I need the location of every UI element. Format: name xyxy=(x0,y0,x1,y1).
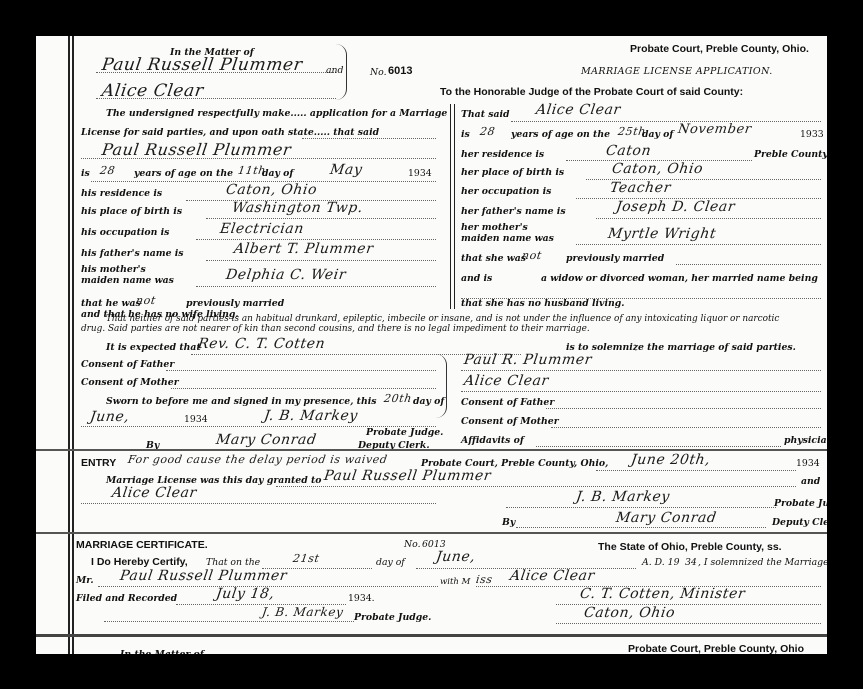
bride-father: Joseph D. Clear xyxy=(615,199,736,215)
groom-age-label: is xyxy=(81,168,90,179)
groom-mother-label-2: maiden name was xyxy=(81,275,174,286)
entry-clerk-signature: Mary Conrad xyxy=(615,510,718,526)
certificate-judge-signature: J. B. Markey xyxy=(261,605,344,619)
section-divider xyxy=(36,449,827,451)
certificate-ad-label: A. D. 19 xyxy=(642,557,680,568)
entry-judge-signature: J. B. Markey xyxy=(575,489,671,505)
officiant-name: Rev. C. T. Cotten xyxy=(197,336,326,352)
filed-date: July 18, xyxy=(215,586,276,602)
sworn-month: June, xyxy=(89,409,131,425)
bride-age-label: is xyxy=(461,129,470,140)
certificate-day: 21st xyxy=(292,552,320,565)
sworn-year: 1934 xyxy=(184,414,208,425)
section-divider xyxy=(36,634,827,637)
bride-residence: Caton xyxy=(605,143,652,159)
entry-probate-judge-label: Probate Judge. xyxy=(774,498,827,509)
sworn-day-label: day of xyxy=(413,396,444,407)
judge-signature: J. B. Markey xyxy=(263,408,359,424)
bride-prev-married-label: that she was xyxy=(461,253,526,264)
groom-occupation-label: his occupation is xyxy=(81,227,169,238)
groom-birthplace: Washington Twp. xyxy=(231,200,364,216)
filed-recorded-label: Filed and Recorded xyxy=(76,593,177,604)
bride-age: 28 xyxy=(479,125,496,138)
clerk-signature: Mary Conrad xyxy=(215,432,318,448)
minister-signature: C. T. Cotten, Minister xyxy=(579,586,746,602)
certify-label: I Do Hereby Certify, xyxy=(91,556,188,568)
groom-residence-label: his residence is xyxy=(81,188,162,199)
entry-by-label: By xyxy=(502,517,515,528)
declaration-line-1: That neither of said parties is an habit… xyxy=(106,314,779,324)
groom-birth-month: May xyxy=(329,162,364,178)
certificate-year: 34 xyxy=(685,557,697,568)
certificate-state: The State of Ohio, Preble County, ss. xyxy=(598,541,782,553)
entry-note: For good cause the delay period is waive… xyxy=(127,453,388,466)
to-judge-heading: To the Honorable Judge of the Probate Co… xyxy=(440,86,743,98)
bride-birthplace-label: her place of birth is xyxy=(461,167,564,178)
column-divider xyxy=(454,104,455,309)
sworn-day: 20th xyxy=(383,392,413,405)
brace xyxy=(336,44,347,100)
next-court-heading: Probate Court, Preble County, Ohio xyxy=(628,643,804,654)
right-consent-father-label: Consent of Father xyxy=(461,397,554,408)
groom-prev-married: not xyxy=(135,294,157,307)
groom-occupation: Electrician xyxy=(219,221,305,237)
certificate-title: MARRIAGE CERTIFICATE. xyxy=(76,539,208,551)
bride-mother: Myrtle Wright xyxy=(607,226,717,242)
consent-mother-label: Consent of Mother xyxy=(81,377,179,388)
groom-father-label: his father's name is xyxy=(81,248,184,259)
certificate-with-label: with M xyxy=(440,577,470,587)
groom-age: 28 xyxy=(99,164,116,177)
bride-prev-married: not xyxy=(521,249,543,262)
bride-age-text: years of age on the xyxy=(511,129,610,140)
bride-occupation-label: her occupation is xyxy=(461,186,551,197)
groom-name-heading: Paul Russell Plummer xyxy=(101,55,304,75)
consent-father-label: Consent of Father xyxy=(81,359,174,370)
bride-name-heading: Alice Clear xyxy=(101,81,205,101)
bride-residence-label: her residence is xyxy=(461,149,544,160)
groom-year: 1934 xyxy=(408,168,432,179)
applicant-signature-bride: Alice Clear xyxy=(463,373,550,389)
probate-judge-label: Probate Judge. xyxy=(366,427,443,438)
bride-occupation: Teacher xyxy=(609,180,672,196)
applicant-signature-groom: Paul R. Plummer xyxy=(463,352,593,368)
section-divider xyxy=(36,532,827,534)
affidavits-label: Affidavits of xyxy=(461,435,524,446)
bride-prev-married-text: previously married xyxy=(566,253,664,264)
certificate-number-label: No. xyxy=(404,539,421,550)
bride-residence-suffix: Preble County, O. xyxy=(754,149,827,160)
groom-name: Paul Russell Plummer xyxy=(101,140,293,159)
officiant-suffix: is to solemnize the marriage of said par… xyxy=(566,342,796,353)
entry-and-label: and xyxy=(801,476,820,487)
intro-line-2: License for said parties, and upon oath … xyxy=(81,127,379,138)
application-number: 6013 xyxy=(388,65,412,77)
bride-widow-text: a widow or divorced woman, her married n… xyxy=(541,273,818,284)
groom-mother-label: his mother's xyxy=(81,264,146,275)
officiant-label: It is expected that xyxy=(106,342,201,353)
brace xyxy=(436,354,447,418)
entry-groom: Paul Russell Plummer xyxy=(323,468,492,484)
certificate-day-label: day of xyxy=(376,557,405,568)
next-matter-label: In the Matter of xyxy=(120,649,204,654)
sworn-label: Sworn to before me and signed in my pres… xyxy=(106,396,377,407)
entry-date: June 20th, xyxy=(630,452,712,468)
form-title: MARRIAGE LICENSE APPLICATION. xyxy=(581,66,773,77)
groom-day-label: day of xyxy=(262,168,293,179)
certificate-probate-judge-label: Probate Judge. xyxy=(354,612,431,623)
entry-label: ENTRY xyxy=(81,457,116,469)
bride-day-label: day of xyxy=(642,129,673,140)
bride-father-label: her father's name is xyxy=(461,206,566,217)
declaration-line-2: drug. Said parties are not nearer of kin… xyxy=(81,324,590,334)
groom-birthplace-label: his place of birth is xyxy=(81,206,182,217)
certificate-groom: Paul Russell Plummer xyxy=(119,568,288,584)
entry-year: 1934 xyxy=(796,458,820,469)
margin-rule xyxy=(72,36,74,654)
certificate-bride: Alice Clear xyxy=(509,568,596,584)
court-heading: Probate Court, Preble County, Ohio. xyxy=(630,43,809,55)
bride-birthplace: Caton, Ohio xyxy=(611,161,704,177)
bride-mother-label-2: maiden name was xyxy=(461,233,554,244)
marriage-record-page: In the Matter of Paul Russell Plummer an… xyxy=(36,36,827,654)
groom-father: Albert T. Plummer xyxy=(233,241,375,257)
entry-bride: Alice Clear xyxy=(111,485,198,501)
entry-deputy-clerk-label: Deputy Clerk. xyxy=(772,517,827,528)
intro-line-1: The undersigned respectfully make..... a… xyxy=(106,108,447,119)
column-divider xyxy=(450,104,451,309)
physician-label: physician. xyxy=(784,435,827,446)
bride-year: 1933 xyxy=(800,129,824,140)
certificate-that-on: That on the xyxy=(206,557,260,568)
bride-widow-label: and is xyxy=(461,273,492,284)
certificate-bride-prefix: iss xyxy=(475,573,493,586)
bride-birth-month: November xyxy=(677,122,753,137)
number-label: No. xyxy=(370,67,387,78)
certificate-month: June, xyxy=(435,549,477,565)
certificate-mr-label: Mr. xyxy=(76,575,94,586)
minister-location: Caton, Ohio xyxy=(583,605,676,621)
margin-rule xyxy=(68,36,70,654)
bride-mother-label: her mother's xyxy=(461,222,528,233)
groom-mother: Delphia C. Weir xyxy=(225,267,347,283)
groom-age-text: years of age on the xyxy=(134,168,233,179)
groom-prev-married-text: previously married xyxy=(186,298,284,309)
bride-no-husband: that she has no husband living. xyxy=(461,298,624,309)
certificate-solemnized-label: , I solemnized the Marriage of xyxy=(698,557,827,568)
groom-residence: Caton, Ohio xyxy=(225,182,318,198)
right-consent-mother-label: Consent of Mother xyxy=(461,416,559,427)
bride-that-said: That said xyxy=(461,109,510,120)
filed-year: 1934. xyxy=(348,593,375,604)
groom-prev-married-label: that he was xyxy=(81,298,141,309)
bride-name: Alice Clear xyxy=(535,102,622,118)
